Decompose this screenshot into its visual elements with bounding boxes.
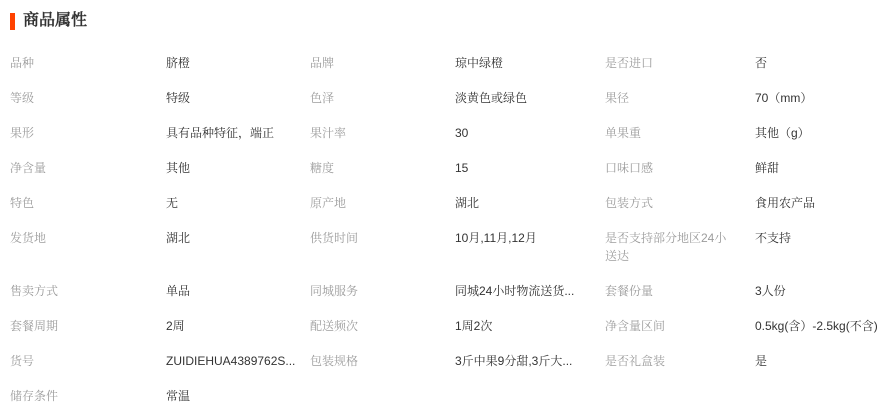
attr-label: 果形: [10, 116, 140, 151]
attr-value: 单品: [166, 274, 310, 309]
attr-value: ZUIDIEHUA4389762S...: [166, 344, 310, 379]
product-attributes-panel: 商品属性 品种脐橙品牌琼中绿橙是否进口否等级特级色泽淡黄色或绿色果径70（mm）…: [0, 0, 895, 418]
attr-label: 特色: [10, 186, 140, 221]
attr-value: 常温: [166, 379, 310, 414]
attr-value: 特级: [166, 81, 310, 116]
attr-label: 是否支持部分地区24小送达: [605, 221, 735, 274]
attr-label: 果汁率: [310, 116, 440, 151]
attr-value: 70（mm）: [755, 81, 895, 116]
attr-value: 食用农产品: [755, 186, 895, 221]
attr-label: 套餐份量: [605, 274, 735, 309]
attr-value: 15: [455, 151, 605, 186]
attr-value: 不支持: [755, 221, 895, 274]
attr-value: 0.5kg(含）-2.5kg(不含): [755, 309, 895, 344]
attr-label: 货号: [10, 344, 140, 379]
attr-label: 等级: [10, 81, 140, 116]
attr-label: 糖度: [310, 151, 440, 186]
attr-label: 包装方式: [605, 186, 735, 221]
attr-label: 是否礼盒装: [605, 344, 735, 379]
attr-value: 湖北: [455, 186, 605, 221]
attr-label: 同城服务: [310, 274, 440, 309]
attr-label: 供货时间: [310, 221, 440, 274]
section-header: 商品属性: [0, 0, 895, 30]
attr-label: 色泽: [310, 81, 440, 116]
attr-label: 口味口感: [605, 151, 735, 186]
attr-value: 否: [755, 46, 895, 81]
section-title: 商品属性: [23, 12, 87, 30]
attr-value: 其他: [166, 151, 310, 186]
attr-label: 售卖方式: [10, 274, 140, 309]
attr-label: 套餐周期: [10, 309, 140, 344]
attr-label: 发货地: [10, 221, 140, 274]
attr-value: 湖北: [166, 221, 310, 274]
attr-value: 脐橙: [166, 46, 310, 81]
attr-label: 储存条件: [10, 379, 140, 414]
attributes-table: 品种脐橙品牌琼中绿橙是否进口否等级特级色泽淡黄色或绿色果径70（mm）果形具有品…: [0, 46, 895, 414]
attr-label: 原产地: [310, 186, 440, 221]
attr-value: 无: [166, 186, 310, 221]
attr-value: 3斤中果9分甜,3斤大...: [455, 344, 605, 379]
attr-label: 是否进口: [605, 46, 735, 81]
attr-value: 2周: [166, 309, 310, 344]
attr-label: 配送频次: [310, 309, 440, 344]
attr-value: 10月,11月,12月: [455, 221, 605, 274]
attr-value: 1周2次: [455, 309, 605, 344]
attr-value: 淡黄色或绿色: [455, 81, 605, 116]
attr-label: 净含量: [10, 151, 140, 186]
attr-value: 30: [455, 116, 605, 151]
attr-label: 单果重: [605, 116, 735, 151]
attr-label: 果径: [605, 81, 735, 116]
attr-value: 具有品种特征，端正: [166, 116, 310, 151]
attr-label: 包装规格: [310, 344, 440, 379]
accent-bar-icon: [10, 13, 15, 30]
attr-value: 琼中绿橙: [455, 46, 605, 81]
attr-value: 同城24小时物流送货...: [455, 274, 605, 309]
attr-label: 品牌: [310, 46, 440, 81]
attr-label: 品种: [10, 46, 140, 81]
attr-label: 净含量区间: [605, 309, 735, 344]
attr-value: 是: [755, 344, 895, 379]
attr-value: 3人份: [755, 274, 895, 309]
attr-value: 其他（g）: [755, 116, 895, 151]
attr-value: 鲜甜: [755, 151, 895, 186]
